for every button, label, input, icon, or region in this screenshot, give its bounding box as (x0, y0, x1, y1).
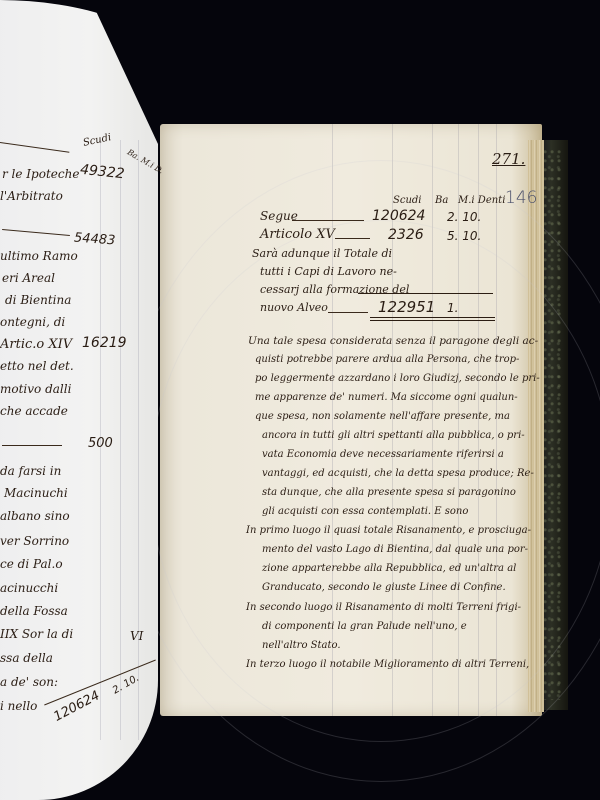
left-line: r le Ipoteche (2, 168, 79, 180)
left-line: etto nel det. (0, 360, 74, 372)
ledger-rest: 1. (447, 302, 458, 314)
left-line: acinucchi (0, 582, 58, 594)
left-line: da farsi in (0, 465, 61, 477)
left-line: di Bientina (5, 294, 71, 306)
body-line: que spesa, non solamente nell'affare pre… (255, 412, 510, 422)
body-line: In terzo luogo il notabile Miglioramento… (246, 660, 529, 670)
left-line: i nello (0, 700, 37, 712)
col-header-denari: M.i Denti (458, 196, 505, 206)
left-value: 54483 (74, 232, 116, 248)
ledger-rest: 5. 10. (447, 230, 481, 242)
folio-number: 271. (492, 152, 525, 167)
body-line: po leggermente azzardano i loro Giudizj,… (255, 374, 540, 384)
page-block-edge (528, 140, 544, 712)
left-line: ver Sorrino (0, 535, 69, 547)
left-line: eri Areal (2, 272, 55, 284)
board-marbling (543, 150, 563, 700)
ledger-label: tutti i Capi di Lavoro ne- (260, 266, 397, 277)
left-line: a de' son: (0, 676, 58, 688)
left-value: 16219 (82, 336, 127, 350)
ledger-scudi: 120624 (372, 209, 425, 223)
left-line: Artic.o XIV (0, 338, 72, 351)
ledger-rest: 2. 10. (447, 211, 481, 223)
left-line: ultimo Ramo (0, 250, 78, 262)
ledger-total: 122951 (378, 300, 435, 315)
ledger-label: Articolo XV (260, 228, 335, 241)
left-value: 500 (88, 437, 113, 450)
body-line: di componenti la gran Palude nell'uno, e (262, 622, 467, 632)
col-header-baiocchi: Ba (435, 196, 448, 206)
body-line: quisti potrebbe parere ardua alla Person… (255, 355, 519, 365)
left-rest: VI (130, 630, 143, 642)
left-line: ssa della (0, 652, 53, 664)
body-line: vata Economia deve necessariamente rifer… (262, 450, 504, 460)
body-line: mento del vasto Lago di Bientina, dal qu… (262, 545, 528, 555)
left-line: motivo dalli (0, 383, 71, 395)
body-line: vantaggi, ed acquisti, che la detta spes… (262, 469, 534, 479)
left-line: ontegni, di (0, 316, 65, 328)
left-line: che accade (0, 405, 68, 417)
body-line: ancora in tutti gli altri spettanti alla… (262, 431, 525, 441)
body-line: zione apparterebbe alla Repubblica, ed u… (262, 564, 516, 574)
pencil-folio-number: 146 (505, 190, 537, 207)
left-line: ce di Pal.o (0, 558, 63, 570)
left-line: della Fossa (0, 605, 68, 617)
manuscript-scene: 271. 146 Scudi Ba M.i Denti Segue 120624… (0, 0, 600, 800)
left-line: Macinuchi (4, 487, 68, 499)
ledger-scudi: 2326 (388, 228, 424, 242)
body-line: gli acquisti con essa contemplati. E son… (262, 507, 468, 517)
body-line: me apparenze de' numeri. Ma siccome ogni… (255, 393, 518, 403)
col-header-scudi: Scudi (393, 196, 422, 206)
left-line: l'Arbitrato (0, 190, 63, 202)
ledger-label: nuovo Alveo (260, 302, 328, 313)
left-line: IIX Sor la di (0, 628, 73, 640)
body-line: In secondo luogo il Risanamento di molti… (246, 603, 521, 613)
body-line: Granducato, secondo le giuste Linee di C… (262, 583, 506, 593)
ledger-label: Sarà adunque il Totale di (252, 248, 392, 259)
body-line: sta dunque, che alla presente spesa si p… (262, 488, 516, 498)
left-line: albano sino (0, 510, 70, 522)
body-line: Una tale spesa considerata senza il para… (248, 336, 538, 347)
body-line: nell'altro Stato. (262, 641, 341, 651)
body-line: In primo luogo il quasi totale Risanamen… (246, 526, 531, 536)
